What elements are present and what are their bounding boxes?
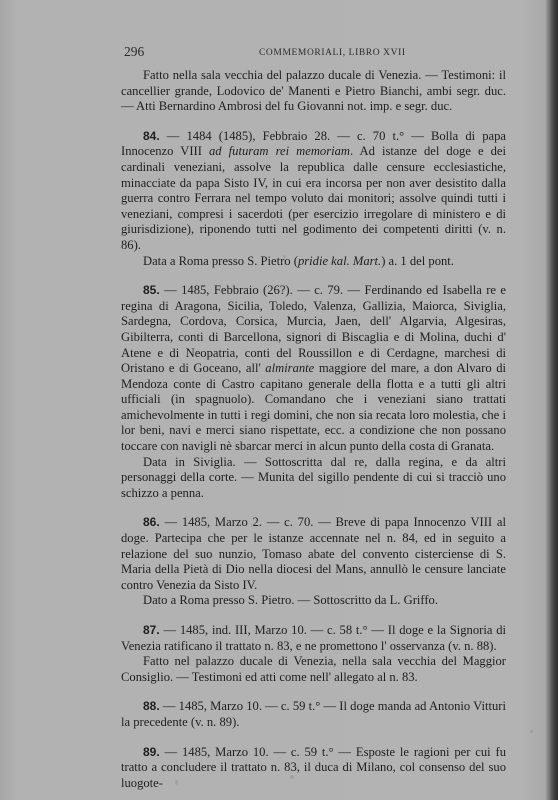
entry-italic-phrase: ad futuram rei memoriam [209, 144, 350, 158]
entry-84: 84. — 1484 (1485), Febbraio 28. — c. 70 … [121, 129, 506, 269]
entry-body: . Ad istanze del doge e dei cardinali ve… [121, 144, 506, 252]
closing-text: Fatto nel palazzo ducale di Venezia, nel… [121, 654, 506, 684]
entry-summary: 89. — 1485, Marzo 10. — c. 59 t.° — Espo… [121, 745, 506, 792]
entry-number: 88. [143, 699, 160, 713]
page-body: Fatto nella sala vecchia del palazzo duc… [121, 68, 506, 791]
entry-summary: 86. — 1485, Marzo 2. — c. 70. — Breve di… [121, 515, 506, 593]
closing-text: Data a Roma presso S. Pietro ( [143, 254, 298, 268]
entry-italic-phrase: almirante [265, 361, 314, 375]
paper-speck [530, 730, 533, 733]
continuation-paragraph: Fatto nella sala vecchia del palazzo duc… [121, 68, 506, 115]
scanned-book-page: 296 COMMEMORIALI, LIBRO XVII Fatto nella… [0, 0, 558, 800]
entry-summary: 87. — 1485, ind. III, Marzo 10. — c. 58 … [121, 623, 506, 654]
entry-summary: 88. — 1485, Marzo 10. — c. 59 t.° — Il d… [121, 699, 506, 730]
paragraph: Fatto nella sala vecchia del palazzo duc… [121, 68, 506, 115]
entry-summary: 84. — 1484 (1485), Febbraio 28. — c. 70 … [121, 129, 506, 254]
entry-closing: Fatto nel palazzo ducale di Venezia, nel… [121, 654, 506, 685]
entry-87: 87. — 1485, ind. III, Marzo 10. — c. 58 … [121, 623, 506, 685]
entry-number: 89. [143, 745, 160, 759]
entry-heading: — 1485, Marzo 2. — c. 70. — Breve di pap… [121, 515, 506, 591]
page-header: 296 COMMEMORIALI, LIBRO XVII [124, 44, 506, 60]
entry-number: 84. [143, 129, 160, 143]
entry-heading: — 1485, Marzo 10. — c. 59 t.° — Esposte … [121, 745, 506, 790]
entry-heading: — 1485, Marzo 10. — c. 59 t.° — Il doge … [121, 699, 506, 729]
entry-number: 86. [143, 515, 160, 529]
closing-text: Dato a Roma presso S. Pietro. — Sottoscr… [143, 593, 438, 607]
page-number: 296 [124, 44, 144, 60]
closing-italic: pridie kal. Mart. [298, 254, 381, 268]
entry-closing: Dato a Roma presso S. Pietro. — Sottoscr… [121, 593, 506, 609]
entry-closing: Data in Siviglia. — Sottoscritta dal re,… [121, 455, 506, 502]
running-title: COMMEMORIALI, LIBRO XVII [259, 48, 406, 58]
entry-88: 88. — 1485, Marzo 10. — c. 59 t.° — Il d… [121, 699, 506, 730]
closing-text-end: ) a. 1 del pont. [381, 254, 454, 268]
entry-85: 85. — 1485, Febbraio (26?). — c. 79. — F… [121, 283, 506, 501]
entry-number: 87. [143, 623, 160, 637]
entry-heading: — 1485, ind. III, Marzo 10. — c. 58 t.° … [121, 623, 506, 653]
closing-text: Data in Siviglia. — Sottoscritta dal re,… [121, 455, 506, 500]
entry-summary: 85. — 1485, Febbraio (26?). — c. 79. — F… [121, 283, 506, 455]
entry-closing: Data a Roma presso S. Pietro (pridie kal… [121, 254, 506, 270]
entry-number: 85. [143, 283, 160, 297]
entry-86: 86. — 1485, Marzo 2. — c. 70. — Breve di… [121, 515, 506, 609]
entry-89: 89. — 1485, Marzo 10. — c. 59 t.° — Espo… [121, 745, 506, 792]
